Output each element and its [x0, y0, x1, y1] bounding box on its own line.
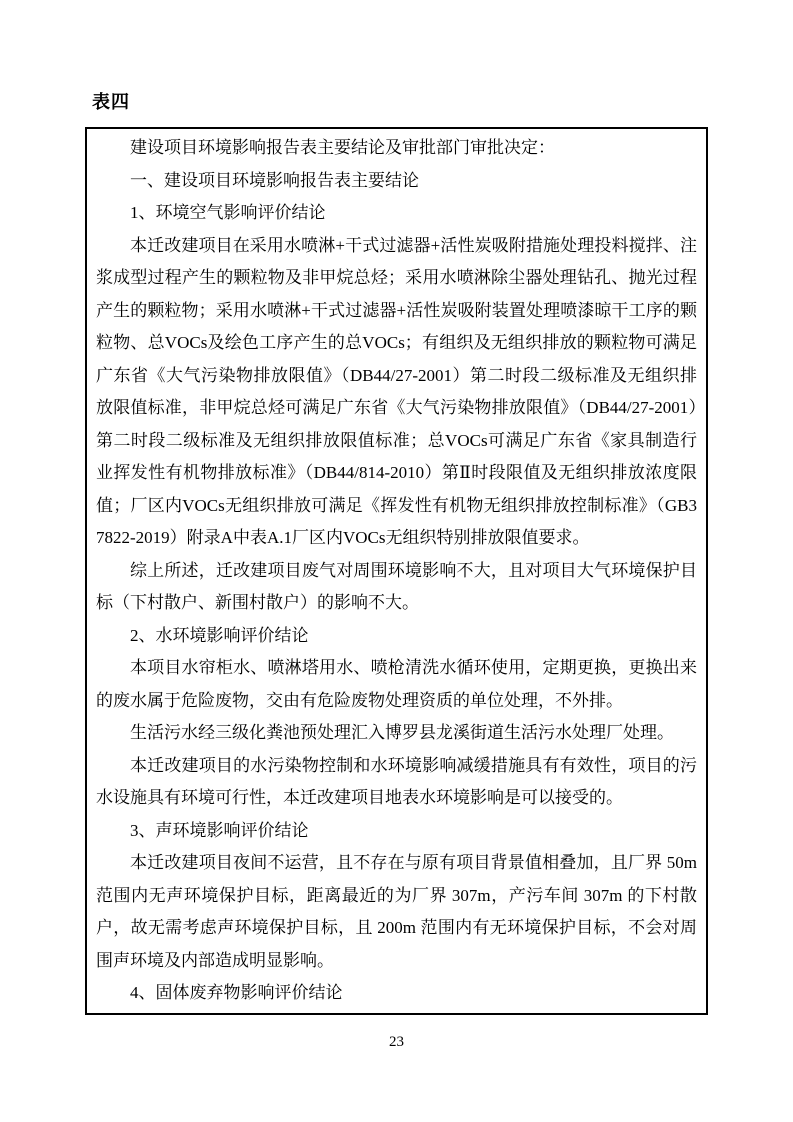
- table-caption: 表四: [92, 88, 130, 114]
- water-recycle-paragraph: 本项目水帘柜水、喷淋塔用水、喷枪清洗水循环使用，定期更换，更换出来的废水属于危险…: [96, 652, 697, 717]
- main-conclusion-title: 建设项目环境影响报告表主要结论及审批部门审批决定：: [96, 132, 697, 165]
- air-impact-heading: 1、环境空气影响评价结论: [96, 197, 697, 230]
- air-impact-summary: 综上所述，迁改建项目废气对周围环境影响不大，且对项目大气环境保护目标（下村散户、…: [96, 555, 697, 620]
- solid-waste-heading: 4、固体废弃物影响评价结论: [96, 977, 697, 1010]
- noise-impact-paragraph: 本迁改建项目夜间不运营，且不存在与原有项目背景值相叠加，且厂界 50m 范围内无…: [96, 847, 697, 977]
- water-impact-heading: 2、水环境影响评价结论: [96, 620, 697, 653]
- water-impact-summary: 本迁改建项目的水污染物控制和水环境影响减缓措施具有有效性，项目的污水设施具有环境…: [96, 750, 697, 815]
- document-page: 表四 建设项目环境影响报告表主要结论及审批部门审批决定： 一、建设项目环境影响报…: [0, 0, 793, 1122]
- report-conclusion-table: 建设项目环境影响报告表主要结论及审批部门审批决定： 一、建设项目环境影响报告表主…: [85, 127, 708, 1015]
- air-impact-paragraph: 本迁改建项目在采用水喷淋+干式过滤器+活性炭吸附措施处理投料搅拌、注浆成型过程产…: [96, 230, 697, 555]
- section-one-heading: 一、建设项目环境影响报告表主要结论: [96, 165, 697, 198]
- page-number: 23: [0, 1034, 793, 1051]
- noise-impact-heading: 3、声环境影响评价结论: [96, 815, 697, 848]
- sewage-treatment-paragraph: 生活污水经三级化粪池预处理汇入博罗县龙溪街道生活污水处理厂处理。: [96, 717, 697, 750]
